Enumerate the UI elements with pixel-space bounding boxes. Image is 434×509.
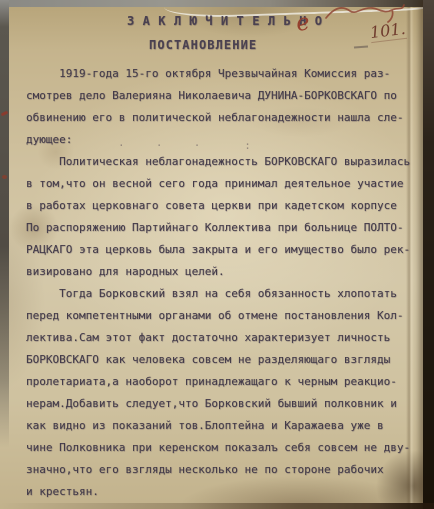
scan-edge-right: [423, 0, 434, 509]
text-line: как видно из показаний тов.Блоптейна и К…: [26, 415, 418, 437]
text-line: БОРКОВСКАГО как человека совсем не разде…: [26, 349, 418, 371]
text-line: в том,что он весной сего года принимал д…: [26, 173, 418, 195]
paragraph: Тогда Борковский взял на себя обязанност…: [26, 283, 418, 503]
document-title: З А К Л Ю Ч И Т Е Л Ь Н О: [127, 14, 323, 28]
text-line: обвинению его в политической неблагонаде…: [26, 107, 418, 129]
paragraph: 1919-года 15-го октября Чрезвычайная Ком…: [26, 63, 418, 151]
paragraph: Политическая неблагонадежность БОРКОВСКА…: [26, 151, 418, 283]
text-line: лектива.Сам этот факт достаточно характе…: [26, 327, 418, 349]
text-line: смотрев дело Валерияна Николаевича ДУНИН…: [26, 85, 418, 107]
text-line: визировано для народных целей.: [26, 261, 418, 283]
scanned-document-page: З А К Л Ю Ч И Т Е Л Ь Н О е ПОСТАНОВЛЕНИ…: [0, 0, 434, 509]
text-line: РАЦКАГО эта церковь была закрыта и его и…: [26, 239, 418, 261]
document-subtitle: ПОСТАНОВЛЕНИЕ: [149, 38, 257, 52]
text-line: и крестьян.: [26, 481, 418, 503]
text-line: значно,что его взгляды несколько не по с…: [26, 459, 418, 481]
scan-edge-left: [0, 0, 9, 448]
scan-edge-bottom: [0, 503, 434, 509]
margin-ink-dot: [2, 175, 7, 179]
document-body: 1919-года 15-го октября Чрезвычайная Ком…: [26, 63, 418, 503]
text-line: По распоряжению Партийнаго Коллектива пр…: [26, 217, 418, 239]
text-line: перед компетентными органами об отмене п…: [26, 305, 418, 327]
text-line: Политическая неблагонадежность БОРКОВСКА…: [26, 151, 418, 173]
text-line: 1919-года 15-го октября Чрезвычайная Ком…: [26, 63, 418, 85]
text-line: в работах церковнаго совета церкви при к…: [26, 195, 418, 217]
text-line: Тогда Борковский взял на себя обязанност…: [26, 283, 418, 305]
text-line: пролетариата,а наоборот принадлежащаго к…: [26, 371, 418, 393]
text-line: дующее:: [26, 129, 418, 151]
text-line: нерам.Добавить следует,что Борковский бы…: [26, 393, 418, 415]
text-line: чине Полковника при керенском показалъ с…: [26, 437, 418, 459]
